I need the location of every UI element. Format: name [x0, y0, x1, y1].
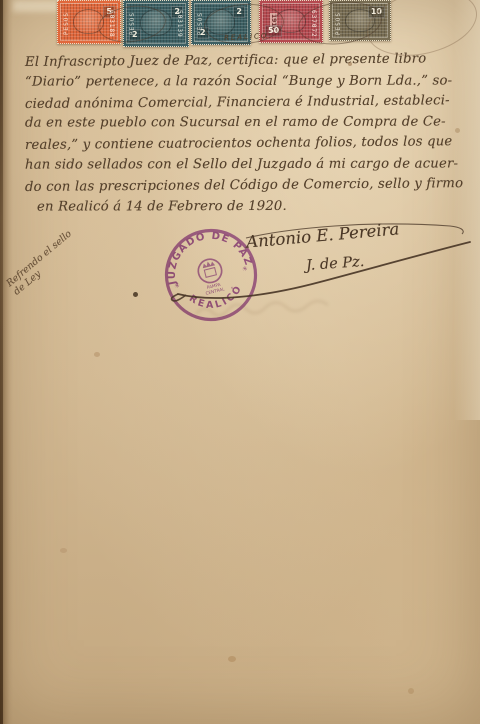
text-line: da en este pueblo con Sucursal en el ram… — [25, 113, 473, 135]
text-line: “Diario” pertenece, a la razón Social “B… — [25, 71, 473, 93]
book-binding-edge — [0, 0, 13, 724]
paper-stain — [94, 352, 100, 357]
paper-stain — [133, 292, 138, 297]
ledger-certification-page: 5 PESOS 603188 2 2 PESOS 503139 2 2 PESO… — [0, 0, 480, 724]
text-line: do con las prescripciones del Código de … — [25, 174, 473, 199]
text-line: han sido sellados con el Sello del Juzga… — [25, 154, 473, 176]
certification-text: El Infrascripto Juez de Paz, certifica: … — [25, 51, 473, 217]
paper-stain — [408, 688, 414, 694]
ink-showthrough-smudge — [192, 296, 342, 326]
paper-stain — [348, 62, 352, 66]
text-line: reales,” y contiene cuatrocientos ochent… — [25, 132, 473, 157]
paper-stain — [60, 548, 67, 553]
stamp-unit-label: PESOS — [197, 12, 204, 35]
margin-annotation: Refrendo el sello de Ley — [4, 228, 80, 297]
paper-edge-highlight — [13, 0, 63, 12]
stamp-unit-label: PESOS — [63, 12, 70, 35]
text-line: El Infrascripto Juez de Paz, certifica: … — [25, 49, 473, 74]
stamp-serial-number: 503139 — [176, 10, 183, 38]
paper-stain — [455, 128, 460, 133]
paper-stain — [228, 656, 236, 662]
